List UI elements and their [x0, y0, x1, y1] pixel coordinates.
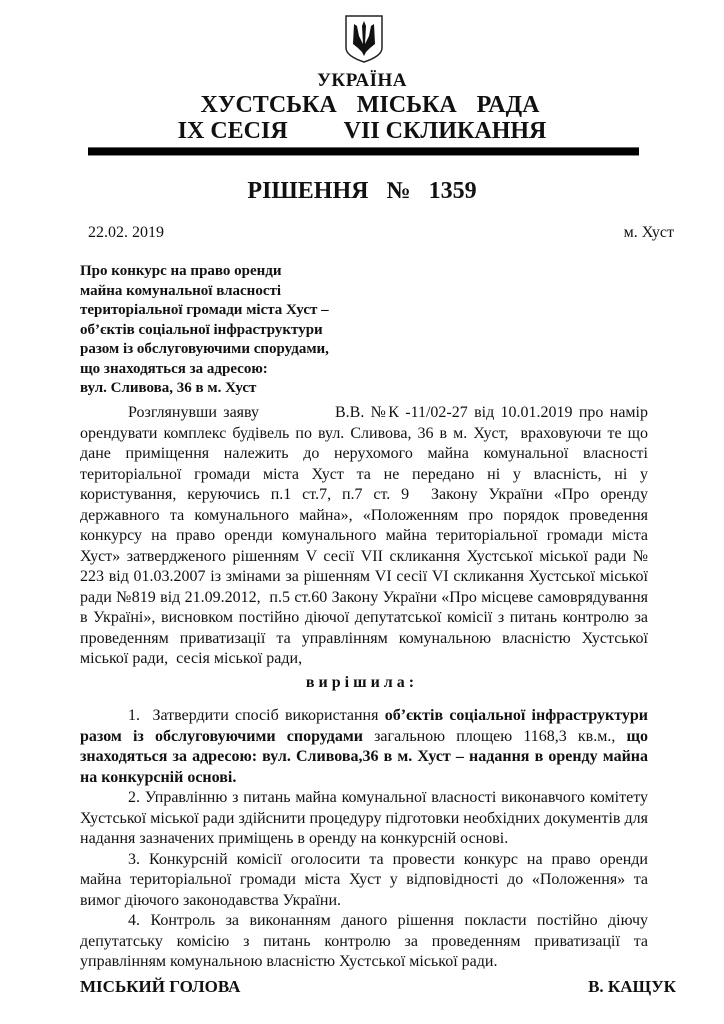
- decision-title: РІШЕННЯ: [247, 178, 368, 204]
- subject-line: вул. Сливова, 36 в м. Хуст: [80, 379, 380, 399]
- subject-line: майна комунальної власності: [80, 282, 380, 302]
- subject-line: об’єктів соціальної інфраструктури: [80, 321, 380, 341]
- council-heading: ХУСТСЬКА МІСЬКА РАДА: [0, 92, 724, 119]
- subject-line: Про конкурс на право оренди: [80, 262, 380, 282]
- coat-of-arms-icon: [344, 14, 384, 64]
- decision-item-4: 4. Контроль за виконанням даного рішення…: [80, 911, 648, 973]
- decision-item-1: 1. Затвердити спосіб використання об’єкт…: [80, 706, 648, 788]
- subject-line: що знаходяться за адресою:: [80, 360, 380, 380]
- subject-line: територіальної громади міста Хуст –: [80, 301, 380, 321]
- item-text: Затвердити спосіб використання: [152, 707, 384, 724]
- decision-city: м. Хуст: [624, 224, 674, 242]
- decision-items: 1. Затвердити спосіб використання об’єкт…: [80, 706, 648, 973]
- header-rule: [88, 147, 639, 155]
- decision-number: № 1359: [386, 178, 476, 204]
- decision-heading: РІШЕННЯ № 1359: [0, 178, 724, 205]
- session-heading: IX СЕСІЯ VII СКЛИКАННЯ: [0, 118, 724, 145]
- signature-title: МІСЬКИЙ ГОЛОВА: [80, 977, 240, 997]
- item-text: загальною площею 1168,3 кв.м.,: [363, 728, 627, 745]
- decided-heading: вирішила:: [0, 674, 724, 692]
- preamble-paragraph: Розглянувши заяву В.В. №К -11/02-27 від …: [80, 403, 648, 670]
- signature-name: В. КАЩУК: [588, 977, 676, 997]
- subject-line: разом із обслуговуючими спорудами,: [80, 340, 380, 360]
- decision-date: 22.02. 2019: [88, 224, 164, 242]
- decision-item-2: 2. Управлінню з питань майна комунальної…: [80, 788, 648, 850]
- convocation-label: VII СКЛИКАННЯ: [344, 118, 547, 145]
- country-heading: УКРАЇНА: [0, 70, 724, 92]
- session-label: IX СЕСІЯ: [178, 118, 288, 145]
- decision-subject: Про конкурс на право оренди майна комуна…: [80, 262, 380, 399]
- decision-item-3: 3. Конкурсній комісії оголосити та прове…: [80, 850, 648, 912]
- item-number: 1.: [128, 707, 140, 724]
